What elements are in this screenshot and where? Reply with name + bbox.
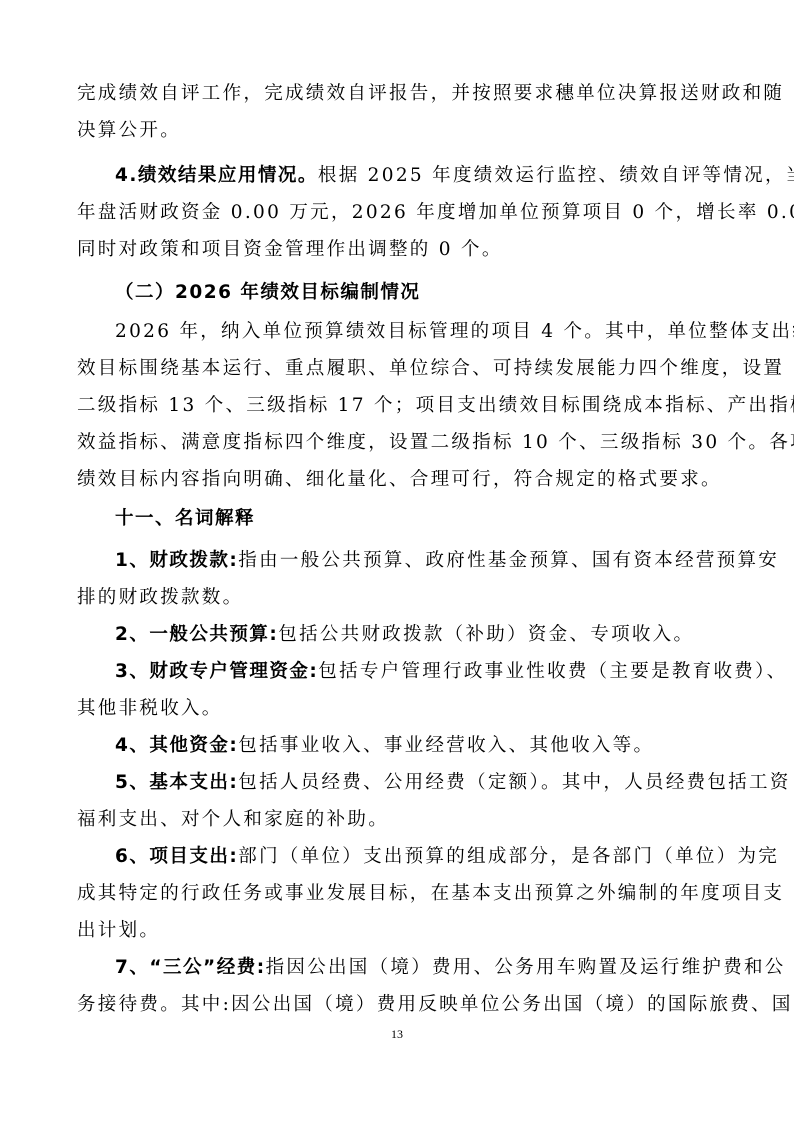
paragraph-line: 绩效目标内容指向明确、细化量化、合理可行，符合规定的格式要求。 — [77, 468, 722, 492]
body-text: 指由一般公共预算、政府性基金预算、国有资本经营预算安 — [238, 550, 779, 571]
body-text: 根据 2025 年度绩效运行监控、绩效自评等情况，当 — [318, 165, 794, 186]
heading-text: （二）2026 年绩效目标编制情况 — [115, 282, 420, 303]
section-heading: 十一、名词解释 — [115, 507, 255, 531]
paragraph-line: 其他非税收入。 — [77, 697, 223, 721]
body-text: 福利支出、对个人和家庭的补助。 — [77, 809, 389, 830]
body-text: 排的财政拨款数。 — [77, 587, 243, 608]
paragraph-line: 二级指标 13 个、三级指标 17 个；项目支出绩效目标围绕成本指标、产出指标、 — [77, 394, 794, 418]
paragraph-line: 效目标围绕基本运行、重点履职、单位综合、可持续发展能力四个维度，设置 — [77, 357, 784, 381]
definition-line: 4、其他资金:包括事业收入、事业经营收入、其他收入等。 — [115, 734, 654, 758]
body-text: 包括专户管理行政事业性收费（主要是教育收费）、 — [318, 661, 787, 682]
definition-line: 2、一般公共预算:包括公共财政拨款（补助）资金、专项收入。 — [115, 623, 694, 647]
definition-line: 5、基本支出:包括人员经费、公用经费（定额）。其中，人员经费包括工资 — [115, 771, 791, 795]
body-text: 绩效目标内容指向明确、细化量化、合理可行，符合规定的格式要求。 — [77, 469, 722, 490]
paragraph-line: 同时对政策和项目资金管理作出调整的 0 个。 — [77, 238, 503, 262]
paragraph-line: 完成绩效自评工作，完成绩效自评报告，并按照要求穗单位决算报送财政和随 — [77, 82, 784, 106]
paragraph-line: 成其特定的行政任务或事业发展目标，在基本支出预算之外编制的年度项目支 — [77, 882, 784, 906]
body-text: 其他非税收入。 — [77, 698, 223, 719]
body-text: 完成绩效自评工作，完成绩效自评报告，并按照要求穗单位决算报送财政和随 — [77, 83, 784, 104]
term-label: 5、基本支出: — [115, 772, 238, 793]
body-text: 效益指标、满意度指标四个维度，设置二级指标 10 个、三级指标 30 个。各项 — [77, 432, 794, 453]
paragraph-line: 2026 年，纳入单位预算绩效目标管理的项目 4 个。其中，单位整体支出绩 — [115, 320, 794, 344]
body-text: 务接待费。其中:因公出国（境）费用反映单位公务出国（境）的国际旅费、国 — [77, 994, 793, 1015]
term-label: 7、“三公”经费: — [115, 957, 266, 978]
body-text: 二级指标 13 个、三级指标 17 个；项目支出绩效目标围绕成本指标、产出指标、 — [77, 395, 794, 416]
term-label: 6、项目支出: — [115, 846, 238, 867]
heading-text: 4.绩效结果应用情况。 — [115, 165, 318, 186]
paragraph-line: 福利支出、对个人和家庭的补助。 — [77, 808, 389, 832]
body-text: 包括公共财政拨款（补助）资金、专项收入。 — [278, 624, 694, 645]
definition-line: 1、财政拨款:指由一般公共预算、政府性基金预算、国有资本经营预算安 — [115, 549, 779, 573]
term-label: 1、财政拨款: — [115, 550, 238, 571]
body-text: 部门（单位）支出预算的组成部分，是各部门（单位）为完 — [238, 846, 779, 867]
section-heading: （二）2026 年绩效目标编制情况 — [115, 281, 420, 305]
heading-text: 十一、名词解释 — [115, 508, 255, 529]
body-text: 出计划。 — [77, 920, 160, 941]
term-label: 4、其他资金: — [115, 735, 238, 756]
body-text: 同时对政策和项目资金管理作出调整的 0 个。 — [77, 239, 503, 260]
body-text: 年盘活财政资金 0.00 万元，2026 年度增加单位预算项目 0 个，增长率 … — [77, 202, 794, 223]
page-number: 13 — [0, 1027, 794, 1042]
paragraph-line: 效益指标、满意度指标四个维度，设置二级指标 10 个、三级指标 30 个。各项 — [77, 431, 794, 455]
paragraph-line: 决算公开。 — [77, 119, 181, 143]
body-text: 指因公出国（境）费用、公务用车购置及运行维护费和公 — [266, 957, 786, 978]
body-text: 成其特定的行政任务或事业发展目标，在基本支出预算之外编制的年度项目支 — [77, 883, 784, 904]
paragraph-line: 年盘活财政资金 0.00 万元，2026 年度增加单位预算项目 0 个，增长率 … — [77, 201, 794, 225]
term-label: 3、财政专户管理资金: — [115, 661, 318, 682]
paragraph-line: 出计划。 — [77, 919, 160, 943]
paragraph-line: 4.绩效结果应用情况。根据 2025 年度绩效运行监控、绩效自评等情况，当 — [115, 164, 794, 188]
paragraph-line: 排的财政拨款数。 — [77, 586, 243, 610]
term-label: 2、一般公共预算: — [115, 624, 278, 645]
definition-line: 3、财政专户管理资金:包括专户管理行政事业性收费（主要是教育收费）、 — [115, 660, 787, 684]
body-text: 2026 年，纳入单位预算绩效目标管理的项目 4 个。其中，单位整体支出绩 — [115, 321, 794, 342]
definition-line: 7、“三公”经费:指因公出国（境）费用、公务用车购置及运行维护费和公 — [115, 956, 786, 980]
paragraph-line: 务接待费。其中:因公出国（境）费用反映单位公务出国（境）的国际旅费、国 — [77, 993, 793, 1017]
definition-line: 6、项目支出:部门（单位）支出预算的组成部分，是各部门（单位）为完 — [115, 845, 779, 869]
body-text: 效目标围绕基本运行、重点履职、单位综合、可持续发展能力四个维度，设置 — [77, 358, 784, 379]
body-text: 包括事业收入、事业经营收入、其他收入等。 — [238, 735, 654, 756]
body-text: 包括人员经费、公用经费（定额）。其中，人员经费包括工资 — [238, 772, 790, 793]
body-text: 决算公开。 — [77, 120, 181, 141]
